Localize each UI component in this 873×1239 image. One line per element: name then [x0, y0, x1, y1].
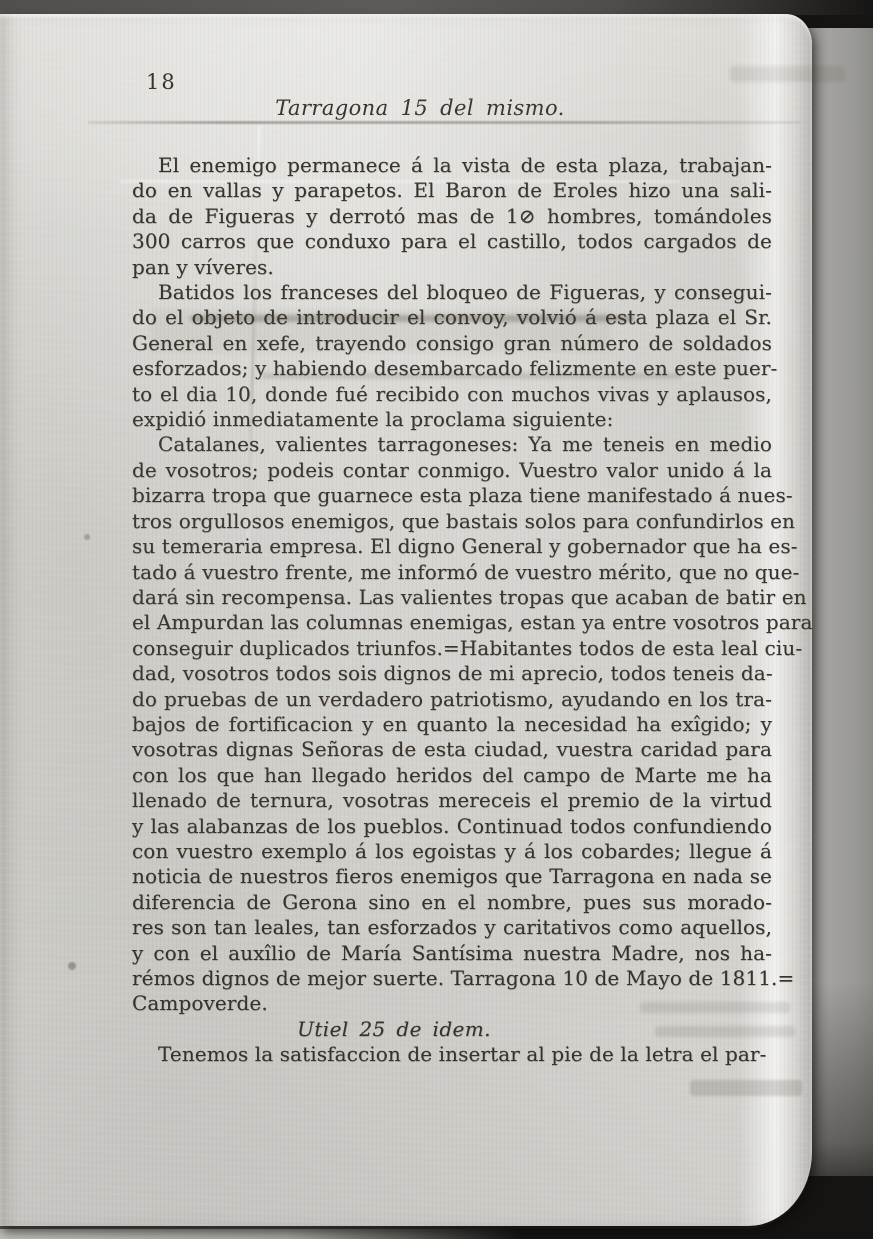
text-line: do el objeto de introducir el convoy, vo…: [132, 305, 772, 330]
text-line: General en xefe, trayendo consigo gran n…: [132, 331, 772, 356]
text-column: El enemigo permanece á la vista de esta …: [132, 153, 772, 1068]
book-scan: 18 Tarragona 15 del mismo. El enemigo pe…: [0, 0, 873, 1239]
text-line: su temeraria empresa. El digno General y…: [132, 534, 772, 559]
text-line: Campoverde.: [132, 991, 772, 1016]
text-line: y con el auxîlio de María Santísima nues…: [132, 941, 772, 966]
scanned-page: 18 Tarragona 15 del mismo. El enemigo pe…: [0, 14, 812, 1226]
text-line: y las alabanzas de los pueblos. Continua…: [132, 814, 772, 839]
text-line: pan y víveres.: [132, 255, 772, 280]
text-line: tado á vuestro frente, me informó de vue…: [132, 560, 772, 585]
text-line: con vuestro exemplo á los egoistas y á l…: [132, 839, 772, 864]
section-dateline-heading: Utiel 25 de idem.: [74, 1017, 714, 1042]
text-line: do en vallas y parapetos. El Baron de Er…: [132, 178, 772, 203]
text-line: esforzados; y habiendo desembarcado feli…: [132, 356, 772, 381]
text-line: Tenemos la satisfaccion de insertar al p…: [132, 1042, 772, 1067]
text-line: bizarra tropa que guarnece esta plaza ti…: [132, 483, 772, 508]
paragraph: Tenemos la satisfaccion de insertar al p…: [132, 1042, 772, 1067]
text-line: el Ampurdan las columnas enemigas, estan…: [132, 610, 772, 635]
text-line: con los que han llegado heridos del camp…: [132, 763, 772, 788]
ink-bleed-smudge: [690, 1080, 802, 1096]
text-line: res son tan leales, tan esforzados y car…: [132, 915, 772, 940]
text-line: bajos de fortificacion y en quanto la ne…: [132, 712, 772, 737]
text-line: Batidos los franceses del bloqueo de Fig…: [132, 280, 772, 305]
scan-top-edge-shadow: [0, 0, 873, 15]
text-line: expidió inmediatamente la proclama sigui…: [132, 407, 772, 432]
paragraph-proclamation: Catalanes, valientes tarragoneses: Ya me…: [132, 432, 772, 1016]
text-line: dará sin recompensa. Las valientes tropa…: [132, 585, 772, 610]
text-line: Catalanes, valientes tarragoneses: Ya me…: [132, 432, 772, 457]
ink-speck: [84, 534, 90, 540]
text-line: 300 carros que conduxo para el castillo,…: [132, 229, 772, 254]
text-line: da de Figueras y derrotó mas de 1⊘ hombr…: [132, 204, 772, 229]
text-line: diferencia de Gerona sino en el nombre, …: [132, 890, 772, 915]
header-rule: [88, 121, 800, 124]
text-line: llenado de ternura, vosotras mereceis el…: [132, 788, 772, 813]
paragraph: Batidos los franceses del bloqueo de Fig…: [132, 280, 772, 432]
text-line: tros orgullosos enemigos, que bastais so…: [132, 509, 772, 534]
adjacent-page-edge-shadow: [806, 980, 873, 1210]
text-line: rémos dignos de mejor suerte. Tarragona …: [132, 966, 772, 991]
page-number: 18: [146, 70, 177, 94]
text-line: vosotras dignas Señoras de esta ciudad, …: [132, 737, 772, 762]
text-line: dad, vosotros todos sois dignos de mi ap…: [132, 661, 772, 686]
ink-speck: [68, 962, 76, 970]
article-dateline-heading: Tarragona 15 del mismo.: [100, 96, 740, 120]
paragraph: El enemigo permanece á la vista de esta …: [132, 153, 772, 280]
text-line: noticia de nuestros fieros enemigos que …: [132, 864, 772, 889]
text-line: de vosotros; podeis contar conmigo. Vues…: [132, 458, 772, 483]
text-line: conseguir duplicados triunfos.=Habitante…: [132, 636, 772, 661]
text-line: do pruebas de un verdadero patriotismo, …: [132, 687, 772, 712]
text-line: El enemigo permanece á la vista de esta …: [132, 153, 772, 178]
text-line: to el dia 10, donde fué recibido con muc…: [132, 382, 772, 407]
